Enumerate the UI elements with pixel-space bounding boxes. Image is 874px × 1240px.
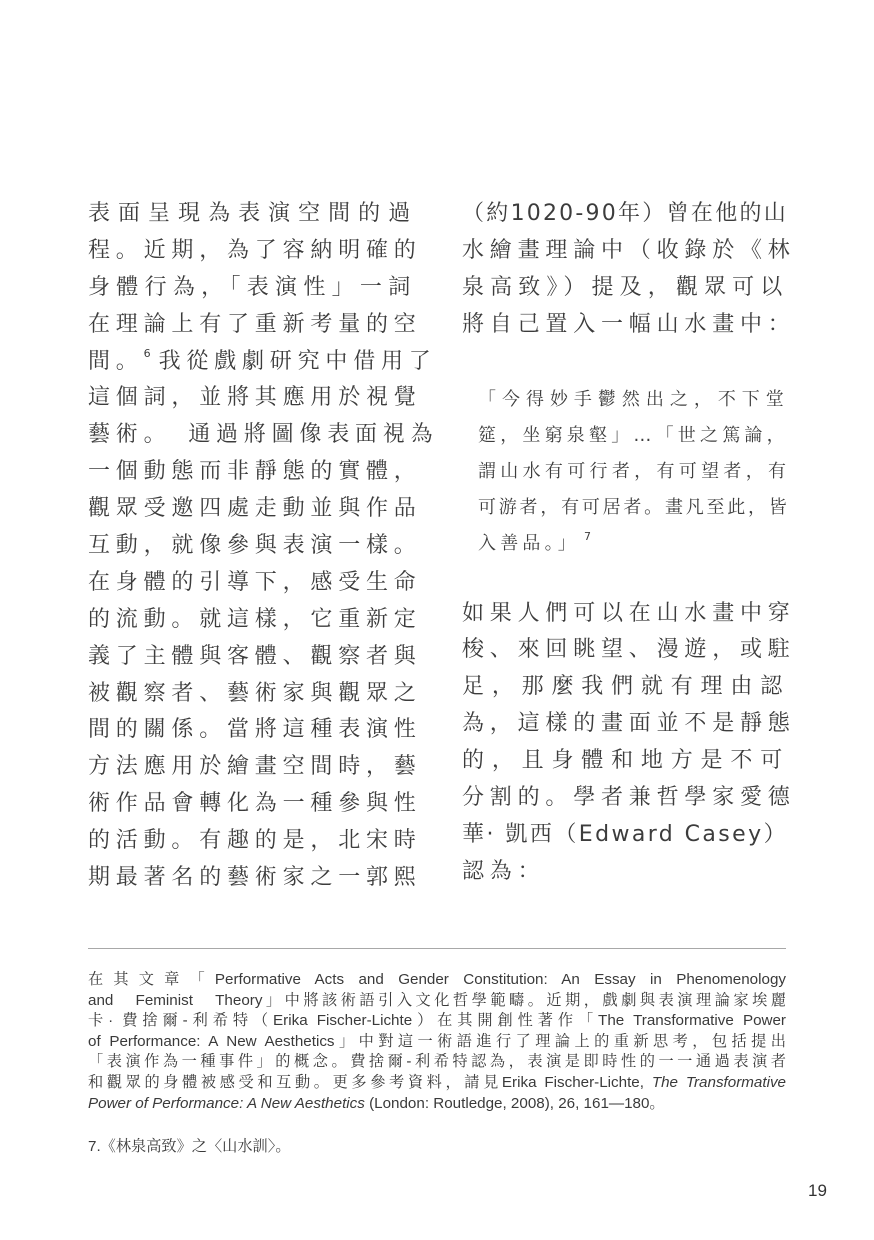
body-line: 間。6我從戲劇研究中借用了: [88, 344, 416, 381]
body-line: （約1020-90年）曾在他的山: [462, 196, 788, 233]
body-line: 程。近期，為了容納明確的: [88, 233, 416, 270]
footnote-7: 7.《林泉高致》之〈山水訓〉。: [88, 1137, 291, 1157]
body-line: 為，這樣的畫面並不是靜態: [462, 706, 788, 743]
body-text: 間。: [88, 349, 144, 374]
body-line: 期最著名的藝術家之一郭熙: [88, 860, 416, 897]
body-line: 方法應用於繪畫空間時，藝: [88, 749, 416, 786]
body-line: 水繪畫理論中（收錄於《林: [462, 233, 788, 270]
body-line: 泉高致》）提及，觀眾可以: [462, 270, 788, 307]
citation-title: The Transformative: [652, 1074, 786, 1091]
body-line: 在身體的引導下，感受生命: [88, 565, 416, 602]
footnote-divider: [88, 948, 786, 949]
footnote-line: Power of Performance: A New Aesthetics (…: [88, 1094, 786, 1115]
quote-line: 可游者，有可居者。畫凡至此，皆: [478, 490, 788, 526]
footnote-line: and Feminist Theory」中將該術語引入文化哲學範疇。近期，戲劇與…: [88, 991, 786, 1012]
quote-line: 筵，坐窮泉壑」…「世之篤論，: [478, 418, 788, 454]
body-line: 如果人們可以在山水畫中穿: [462, 596, 788, 633]
citation-title: Power of Performance: A New Aesthetics: [88, 1095, 365, 1112]
footnote-ref-6[interactable]: 6: [144, 347, 151, 360]
body-line: 藝術。 通過將圖像表面視為: [88, 417, 416, 454]
footnote-line: 在其文章「Performative Acts and Gender Consti…: [88, 970, 786, 991]
body-line: 間的關係。當將這種表演性: [88, 712, 416, 749]
body-line: 梭、來回眺望、漫遊，或駐: [462, 632, 788, 669]
page-number: 19: [808, 1181, 827, 1201]
footnote-line: of Performance: A New Aesthetics」中對這一術語進…: [88, 1032, 786, 1053]
body-line: 觀眾受邀四處走動並與作品: [88, 491, 416, 528]
body-line: 將自己置入一幅山水畫中：: [462, 307, 788, 344]
right-column: （約1020-90年）曾在他的山 水繪畫理論中（收錄於《林 泉高致》）提及，觀眾…: [462, 196, 788, 891]
body-line: 這個詞，並將其應用於視覺: [88, 380, 416, 417]
body-line: 術作品會轉化為一種參與性: [88, 786, 416, 823]
footnote-line: 「表演作為一種事件」的概念。費捨爾-利希特認為，表演是即時性的一一通過表演者: [88, 1052, 786, 1073]
body-line: 認為：: [462, 854, 788, 891]
quote-line: 「今得妙手鬱然出之，不下堂: [478, 382, 788, 418]
second-paragraph: 如果人們可以在山水畫中穿 梭、來回眺望、漫遊，或駐 足，那麼我們就有理由認 為，…: [462, 596, 788, 891]
body-line: 在理論上有了重新考量的空: [88, 307, 416, 344]
footnote-line: 卡· 費捨爾-利希特（Erika Fischer-Lichte）在其開創性著作「…: [88, 1011, 786, 1032]
left-column: 表面呈現為表演空間的過 程。近期，為了容納明確的 身體行為，「表演性」一詞 在理…: [88, 196, 416, 897]
body-line: 的活動。有趣的是，北宋時: [88, 823, 416, 860]
footnote-6: 在其文章「Performative Acts and Gender Consti…: [88, 970, 786, 1114]
footnote-ref-7[interactable]: 7: [584, 530, 591, 543]
body-line: 的，且身體和地方是不可: [462, 743, 788, 780]
footnote-text: 和觀眾的身體被感受和互動。更多參考資料，請見Erika Fischer-Lich…: [88, 1074, 652, 1091]
intro-paragraph: （約1020-90年）曾在他的山 水繪畫理論中（收錄於《林 泉高致》）提及，觀眾…: [462, 196, 788, 344]
body-line: 足，那麼我們就有理由認: [462, 669, 788, 706]
quote-line: 入善品。」7: [478, 526, 788, 562]
quote-line: 謂山水有可行者，有可望者，有: [478, 454, 788, 490]
quote-text: 入善品。」: [478, 533, 580, 554]
body-line: 義了主體與客體、觀察者與: [88, 639, 416, 676]
body-line: 互動，就像參與表演一樣。: [88, 528, 416, 565]
body-text: 我從戲劇研究中借用了: [159, 349, 437, 374]
body-line: 一個動態而非靜態的實體，: [88, 454, 416, 491]
footnote-line: 和觀眾的身體被感受和互動。更多參考資料，請見Erika Fischer-Lich…: [88, 1073, 786, 1094]
book-page: 表面呈現為表演空間的過 程。近期，為了容納明確的 身體行為，「表演性」一詞 在理…: [0, 0, 874, 1240]
block-quote: 「今得妙手鬱然出之，不下堂 筵，坐窮泉壑」…「世之篤論， 謂山水有可行者，有可望…: [478, 382, 788, 562]
body-line: 華· 凱西（Edward Casey）: [462, 817, 788, 854]
citation-details: (London: Routledge, 2008), 26, 161—180。: [365, 1095, 665, 1112]
body-line: 身體行為，「表演性」一詞: [88, 270, 416, 307]
body-line: 表面呈現為表演空間的過: [88, 196, 416, 233]
body-line: 分割的。學者兼哲學家愛德: [462, 780, 788, 817]
body-line: 的流動。就這樣，它重新定: [88, 602, 416, 639]
body-line: 被觀察者、藝術家與觀眾之: [88, 676, 416, 713]
